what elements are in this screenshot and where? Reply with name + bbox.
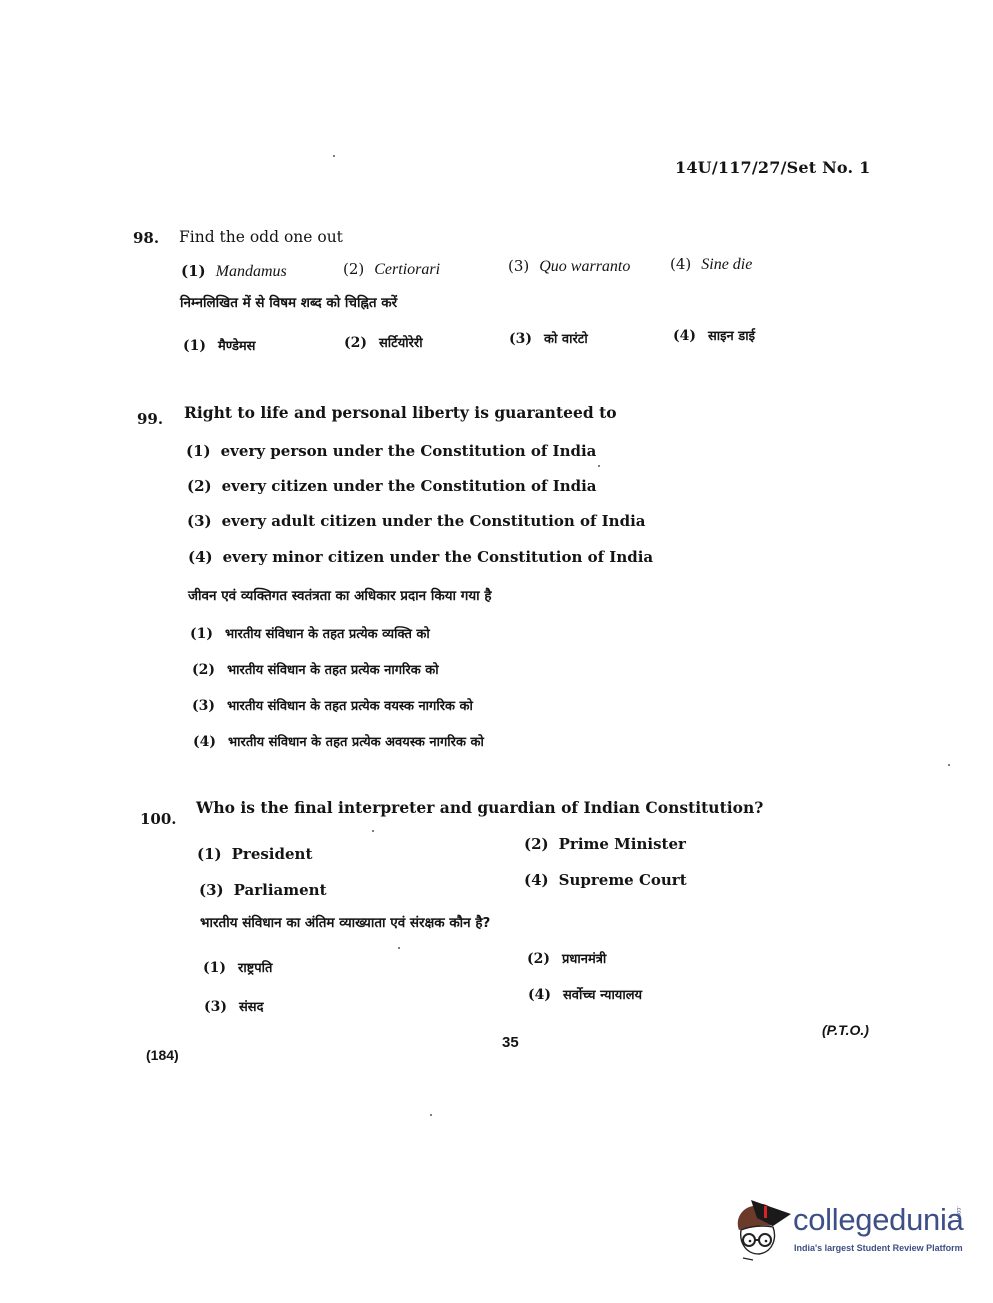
option-en-3: (3)every adult citizen under the Constit… [187,512,646,530]
option-hi-1: (1)मैण्डेमस [183,336,255,354]
booklet-code: (184) [146,1047,179,1063]
option-hi-4: (4)साइन डाई [673,326,755,344]
scan-speck [398,947,400,949]
option-hi-2: (2)भारतीय संविधान के तहत प्रत्येक नागरिक… [192,660,439,678]
option-hi-3: (3)संसद [204,997,263,1015]
collegedunia-watermark: collegedunia .com India's largest Studen… [733,1196,963,1266]
question-number: 98. [133,229,159,247]
student-mascot-icon [733,1196,795,1266]
option-en-1: (1)President [197,845,312,863]
option-hi-4: (4)सर्वोच्च न्यायालय [528,985,642,1003]
option-hi-3: (3)भारतीय संविधान के तहत प्रत्येक वयस्क … [192,696,473,714]
pto-label: (P.T.O.) [822,1022,869,1038]
question-text-en: Who is the final interpreter and guardia… [196,798,763,817]
option-hi-2: (2)सर्टियोरेरी [344,333,423,351]
option-en-4: (4)Supreme Court [524,871,687,889]
option-en-2: (2)every citizen under the Constitution … [187,477,597,495]
option-en-4: (4)every minor citizen under the Constit… [188,548,653,566]
page-number: 35 [502,1034,519,1051]
question-text-hi: भारतीय संविधान का अंतिम व्याख्याता एवं स… [200,913,490,931]
scan-speck [430,1114,432,1116]
option-hi-4: (4)भारतीय संविधान के तहत प्रत्येक अवयस्क… [193,732,484,750]
question-text-hi: निम्नलिखित में से विषम शब्द को चिह्नित क… [180,293,397,311]
question-text-en: Right to life and personal liberty is gu… [184,403,617,422]
option-en-2: (2)Prime Minister [524,835,686,853]
question-number: 100. [140,810,177,828]
option-en-3: (3)Quo warranto [508,257,630,276]
option-en-3: (3)Parliament [199,881,327,899]
option-en-2: (2)Certiorari [343,260,440,279]
question-text-en: Find the odd one out [179,228,343,246]
scan-speck [598,465,600,467]
brand-domain: .com [955,1206,961,1219]
option-en-4: (4)Sine die [670,255,752,274]
brand-name: collegedunia [793,1202,964,1238]
option-hi-2: (2)प्रधानमंत्री [527,949,606,967]
option-en-1: (1)every person under the Constitution o… [186,442,596,460]
paper-code: 14U/117/27/Set No. 1 [675,158,870,177]
brand-tagline: India's largest Student Review Platform [794,1243,963,1253]
scan-speck [333,155,335,157]
option-hi-1: (1)राष्ट्रपति [203,958,272,976]
option-en-1: (1)Mandamus [181,262,287,281]
question-number: 99. [137,410,163,428]
option-hi-3: (3)को वारंटो [509,329,588,347]
option-hi-1: (1)भारतीय संविधान के तहत प्रत्येक व्यक्त… [190,624,430,642]
question-text-hi: जीवन एवं व्यक्तिगत स्वतंत्रता का अधिकार … [188,586,492,604]
scan-speck [948,764,950,766]
scan-speck [372,830,374,832]
